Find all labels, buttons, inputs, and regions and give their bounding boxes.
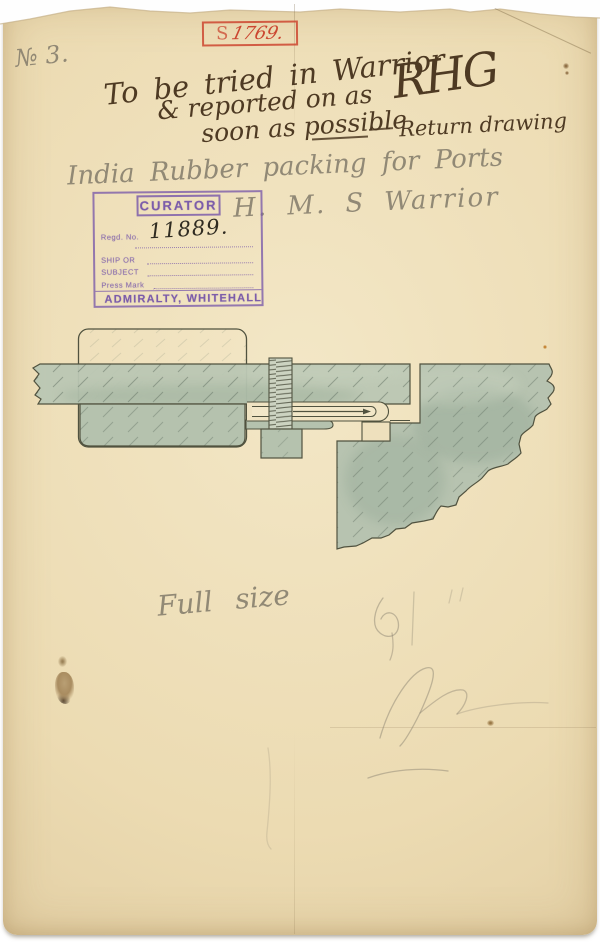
admiralty-footer: ADMIRALTY, WHITEHALL (104, 292, 262, 306)
regd-no-label: Regd. No. (101, 232, 139, 241)
ship-or-line (147, 262, 253, 264)
curator-stamp-heading: CURATOR (136, 195, 220, 217)
regd-no-value: 11889. (148, 214, 229, 243)
regd-no-line (135, 246, 253, 248)
scanned-document: S 1769. To be tried in Warrior RHG & rep… (0, 0, 600, 942)
reference-stamp-number: 1769. (230, 23, 287, 45)
reference-stamp-letter: S (216, 23, 229, 44)
ship-or-label: SHIP OR (101, 255, 135, 264)
press-mark-label: Press Mark (101, 280, 144, 289)
paper-sheet (3, 4, 597, 935)
subject-line (147, 274, 253, 276)
reference-number-stamp: S 1769. (202, 20, 298, 46)
curator-stamp: CURATOR Regd. No. 11889. SHIP OR SUBJECT… (92, 190, 263, 308)
subject-label: SUBJECT (101, 267, 139, 276)
